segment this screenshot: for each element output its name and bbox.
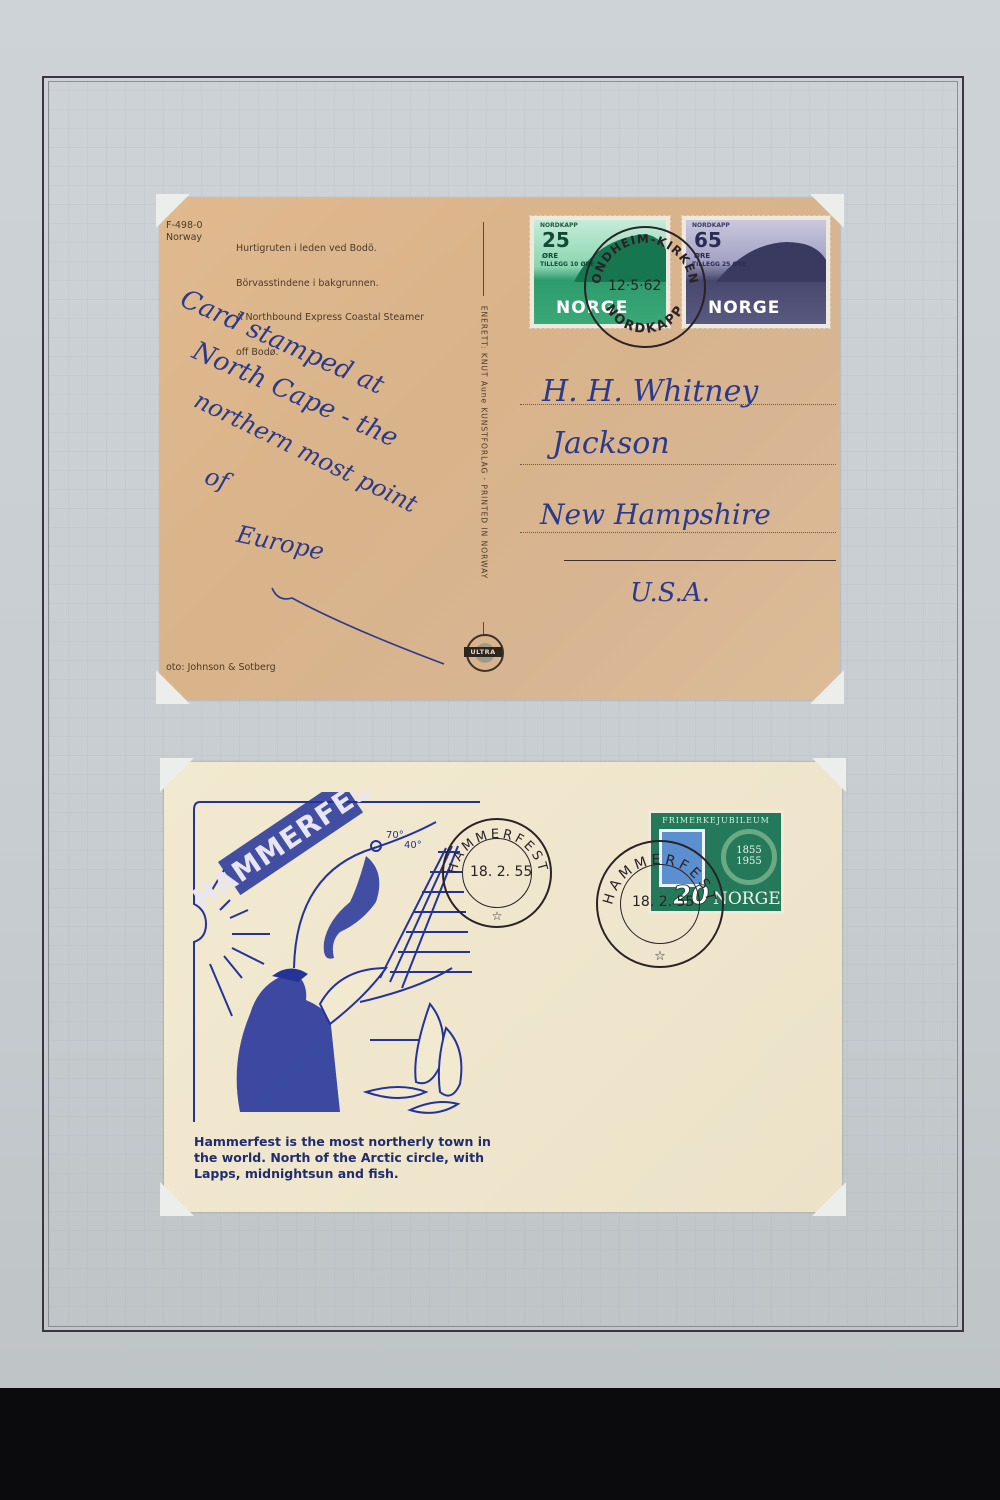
handwritten-flourish-icon [268, 558, 448, 668]
stamp-value: 25 [542, 230, 570, 250]
postmark-hammerfest: HAMMERFEST ☆ 18. 2. 55 [596, 840, 724, 968]
address-rule [564, 560, 836, 561]
svg-text:☆: ☆ [492, 909, 503, 923]
address-line: New Hampshire [540, 498, 771, 531]
address-line: U.S.A. [630, 578, 710, 608]
ultra-logo-icon: ULTRA [466, 634, 504, 672]
postcard-country: Norway [166, 232, 203, 244]
photo-corner [160, 758, 194, 792]
cover-caption-line: Lapps, midnightsun and fish. [194, 1166, 491, 1182]
photo-credit: oto: Johnson & Sotberg [166, 662, 276, 673]
svg-text:40°: 40° [404, 840, 422, 851]
postmark-date: 12·5·62 [608, 278, 661, 294]
hammerfest-cachet-illustration: HAMMERFEST 70° 40° [190, 792, 480, 1130]
photo-corner [812, 758, 846, 792]
photo-corner [156, 670, 190, 704]
stamp-unit: ØRE [542, 252, 558, 260]
address-rule [520, 464, 836, 465]
photo-corner [810, 670, 844, 704]
hammerfest-cover: HAMMERFEST 70° 40° Hammerfest is the mos… [164, 762, 842, 1212]
postmark-date: 18. 2. 55 [470, 864, 532, 880]
stamp-year: 1855 [726, 845, 772, 856]
handwritten-line: of [201, 462, 232, 496]
stamp-year: 1955 [726, 856, 772, 867]
postcard-code-block: F-498-0 Norway [166, 220, 203, 243]
ultra-logo-text: ULTRA [464, 647, 502, 657]
postmark-nordkapp: TRONDHEIM-KIRKENES NORDKAPP 12·5·62 [584, 226, 706, 348]
postmark-date: 18. 2. 55 [632, 894, 694, 910]
postcard-card-code: F-498-0 [166, 220, 203, 232]
svg-text:☆: ☆ [654, 949, 666, 964]
svg-text:TRONDHEIM-KIRKENES: TRONDHEIM-KIRKENES [586, 228, 701, 285]
postcard-caption-line: Hurtigruten i leden ved Bodö. [236, 243, 424, 255]
address-rule [520, 404, 836, 405]
stamp-country: NORGE [708, 298, 780, 318]
stamp-header: FRIMERKEJUBILEUM [651, 816, 781, 825]
cover-caption-line: the world. North of the Arctic circle, w… [194, 1150, 491, 1166]
postmark-hammerfest: HAMMERFEST ☆ 18. 2. 55 [442, 818, 552, 928]
photo-corner [160, 1182, 194, 1216]
dark-background [0, 1388, 1000, 1500]
publisher-imprint: ENERETT: KNUT Aune KUNSTFORLAG · PRINTED… [475, 300, 493, 590]
address-line: Jackson [552, 426, 670, 461]
svg-text:NORDKAPP: NORDKAPP [602, 302, 688, 337]
publisher-imprint-text: ENERETT: KNUT Aune KUNSTFORLAG · PRINTED… [480, 298, 489, 588]
postcard-caption-line: Börvasstindene i bakgrunnen. [236, 278, 424, 290]
cover-caption: Hammerfest is the most northerly town in… [194, 1134, 491, 1182]
postcard: F-498-0 Norway Hurtigruten i leden ved B… [160, 198, 840, 700]
photo-corner [812, 1182, 846, 1216]
laurel-wreath-icon: 1855 1955 [721, 829, 777, 885]
svg-text:70°: 70° [386, 830, 404, 841]
address-rule [520, 532, 836, 533]
cover-caption-line: Hammerfest is the most northerly town in [194, 1134, 491, 1150]
